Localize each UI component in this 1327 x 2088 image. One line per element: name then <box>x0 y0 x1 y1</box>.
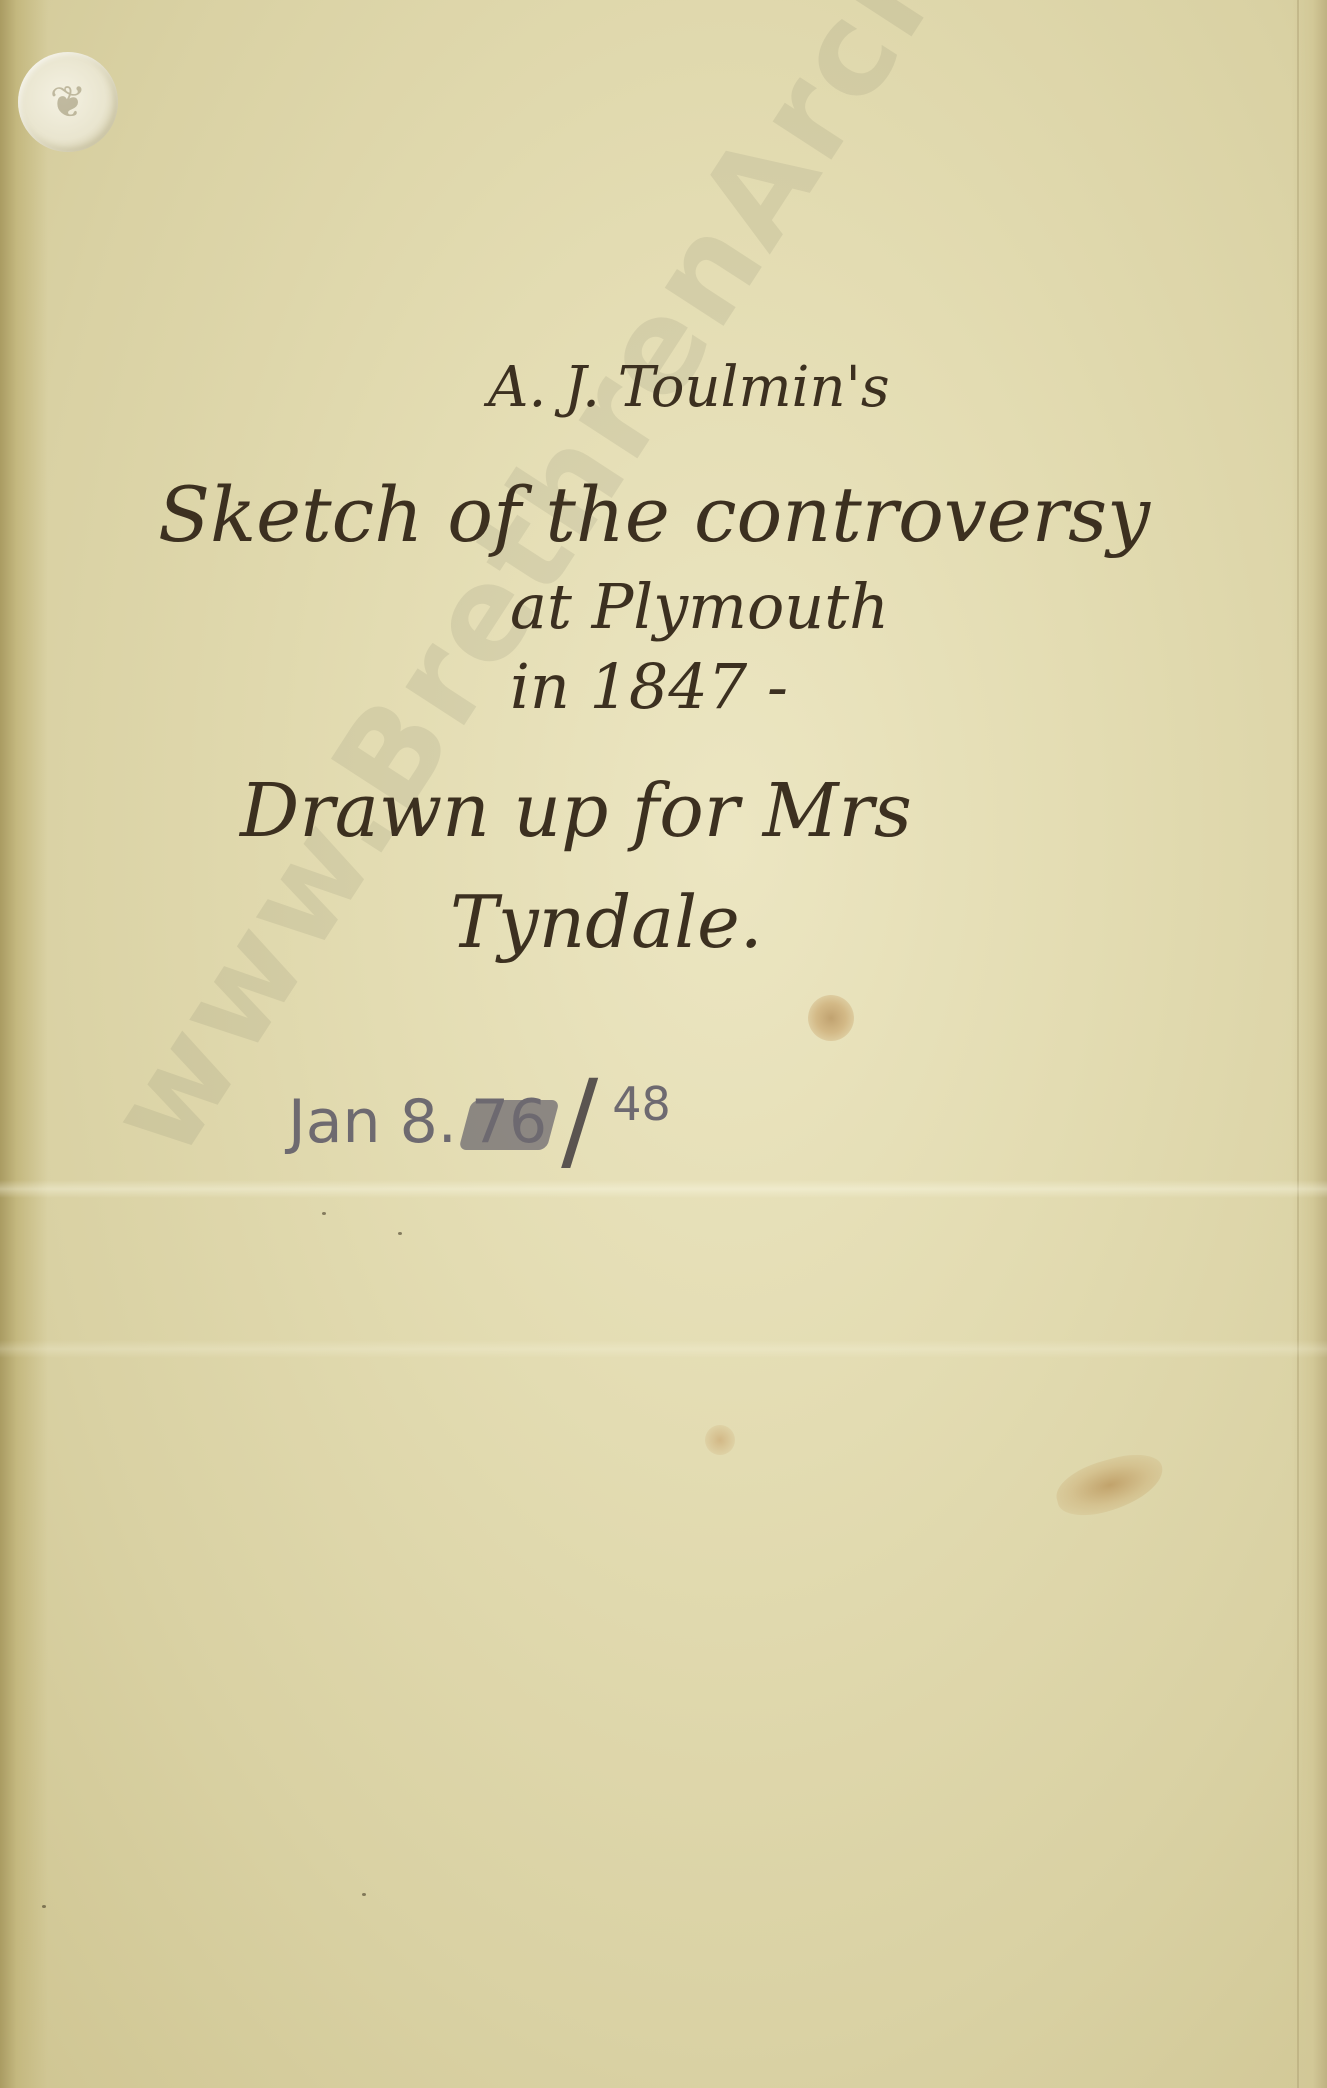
paper-crease <box>0 1340 1327 1358</box>
paper-crease <box>0 1180 1327 1198</box>
dedication-line: Drawn up for Mrs <box>240 768 912 854</box>
ink-stain <box>808 995 854 1041</box>
foxing-stain <box>705 1425 735 1455</box>
dust-speck <box>362 1893 366 1896</box>
title-line: Sketch of the controversy <box>158 470 1150 559</box>
location-line: at Plymouth <box>510 570 889 643</box>
dust-speck <box>322 1212 326 1215</box>
recipient-line: Tyndale. <box>450 880 763 964</box>
paper-left-edge-shadow <box>0 0 48 2088</box>
seal-emblem-icon: ❦ <box>18 52 118 152</box>
fold-line <box>1297 0 1299 2088</box>
document-page: ❦ www.BrethrenArchive.org A. J. Toulmin'… <box>0 0 1327 2088</box>
date-prefix: Jan 8. <box>288 1087 457 1157</box>
dust-speck <box>42 1905 46 1908</box>
date-year: 48 <box>612 1077 671 1131</box>
year-line: in 1847 - <box>510 650 788 723</box>
author-line: A. J. Toulmin's <box>488 355 890 420</box>
struck-out-text: 76 <box>471 1087 547 1157</box>
date-slash: / <box>561 1076 598 1164</box>
dust-speck <box>398 1232 402 1235</box>
embossed-seal: ❦ <box>18 52 118 152</box>
foxing-stain <box>1050 1447 1169 1524</box>
pencil-date-annotation: Jan 8. 76 / 48 <box>288 1060 671 1157</box>
